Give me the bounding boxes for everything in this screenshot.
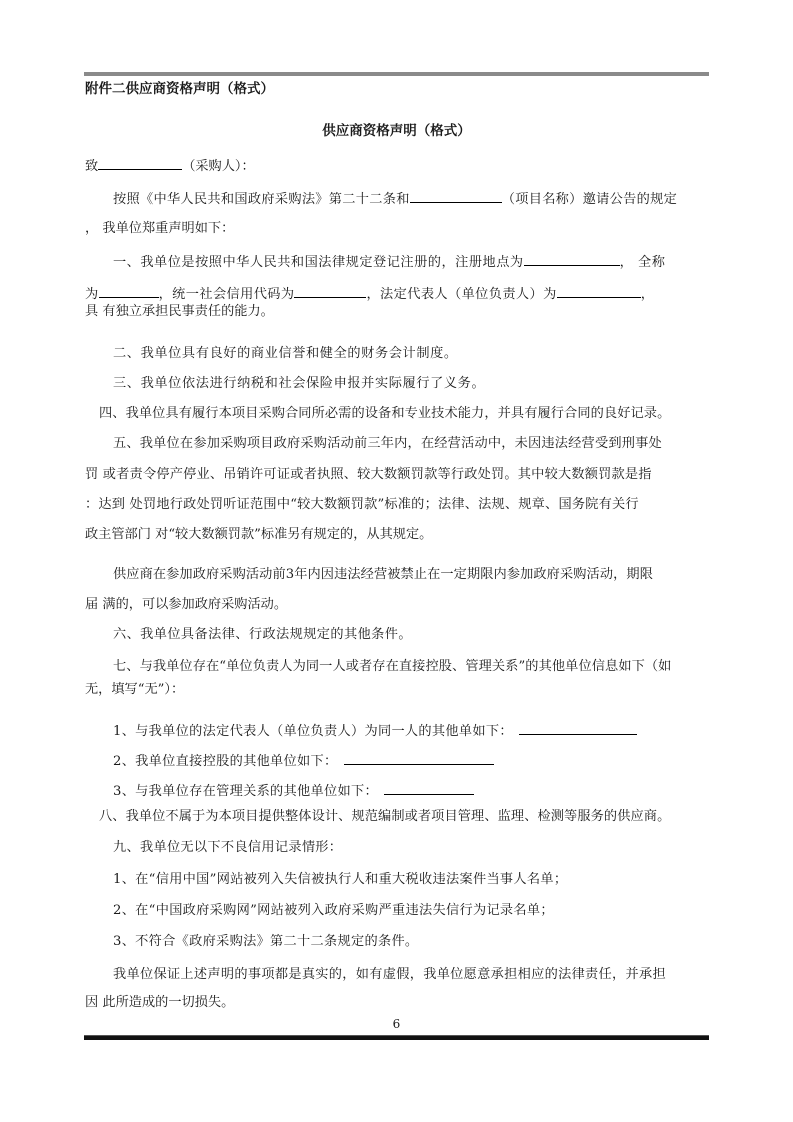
full-name-blank[interactable] (99, 283, 159, 298)
item9-sub1: 1、在“信用中国”网站被列入失信被执行人和重大税收违法案件当事人名单； (113, 871, 567, 889)
item1-line2: 为，统一社会信用代码为，法定代表人（单位负责人）为， (85, 283, 654, 304)
item1-line3: 具 有独立承担民事责任的能力。 (85, 303, 274, 321)
salutation: 致（采购人）： (85, 155, 255, 176)
supplier-note-line2: 届 满的，可以参加政府采购活动。 (85, 596, 287, 614)
item7-sub1: 1、与我单位的法定代表人（单位负责人）为同一人的其他单如下： (113, 720, 637, 741)
item7-line1: 七、与我单位存在“单位负责人为同一人或者存在直接控股、管理关系”的其他单位信息如… (113, 658, 671, 676)
item5-line4: 政主管部门 对“较大数额罚款”标准另有规定的，从其规定。 (85, 526, 432, 544)
item9-sub2: 2、在“中国政府采购网”网站被列入政府采购严重违法失信行为记录名单； (113, 902, 554, 920)
guarantee-line1: 我单位保证上述声明的事项都是真实的，如有虚假，我单位愿意承担相应的法律责任，并承… (113, 966, 666, 984)
item7-line2: 无，填写“无”）： (85, 681, 184, 699)
credit-code-blank[interactable] (294, 283, 366, 298)
legal-representative-blank[interactable] (557, 283, 641, 298)
item5-line3: ：达到 处罚地行政处罚听证范围中“较大数额罚款”标准的；法律、法规、规章、国务院… (85, 496, 639, 514)
salutation-prefix: 致 (85, 159, 98, 174)
project-name-blank[interactable] (410, 188, 502, 203)
item9-sub3: 3、不符合《政府采购法》第二十二条规定的条件。 (113, 933, 418, 951)
registration-place-blank[interactable] (524, 251, 620, 266)
purchaser-blank[interactable] (98, 155, 182, 170)
supplier-note-line1: 供应商在参加政府采购活动前3年内因违法经营被禁止在一定期限内参加政府采购活动，期… (113, 566, 653, 584)
page-number: 6 (0, 1017, 793, 1031)
attachment-title: 附件二供应商资格声明（格式） (85, 80, 274, 98)
item7-sub2: 2、我单位直接控股的其他单位如下： (113, 750, 494, 771)
document-title: 供应商资格声明（格式） (0, 122, 793, 140)
salutation-suffix: （采购人）： (182, 159, 255, 174)
item4: 四、我单位具有履行本项目采购合同所必需的设备和专业技术能力，并具有履行合同的良好… (99, 405, 670, 423)
item8: 八、我单位不属于为本项目提供整体设计、规范编制或者项目管理、监理、检测等服务的供… (99, 808, 670, 826)
managed-units-blank[interactable] (384, 780, 474, 795)
footer-rule (84, 1035, 709, 1040)
header-rule (84, 72, 709, 76)
item5-line1: 五、我单位在参加采购项目政府采购活动前三年内，在经营活动中，未因违法经营受到刑事… (113, 435, 662, 453)
item1-line1: 一、我单位是按照中华人民共和国法律规定登记注册的，注册地点为， 全称 (113, 251, 665, 272)
intro-line2: ， 我单位郑重声明如下： (85, 220, 234, 238)
item9-heading: 九、我单位无以下不良信用记录情形： (113, 839, 342, 857)
intro-line1: 按照《中华人民共和国政府采购法》第二十二条和（项目名称）邀请公告的规定 (113, 188, 677, 209)
item7-sub3: 3、与我单位存在管理关系的其他单位如下： (113, 780, 474, 801)
guarantee-line2: 因 此所造成的一切损失。 (85, 994, 234, 1012)
item3: 三、我单位依法进行纳税和社会保险申报并实际履行了义务。 (113, 375, 485, 393)
item6: 六、我单位具备法律、行政法规规定的其他条件。 (113, 626, 412, 644)
controlled-units-blank[interactable] (344, 750, 494, 765)
same-representative-units-blank[interactable] (519, 720, 637, 735)
item5-line2: 罚 或者责令停产停业、吊销许可证或者执照、较大数额罚款等行政处罚。其中较大数额罚… (85, 466, 652, 484)
item2: 二、我单位具有良好的商业信誉和健全的财务会计制度。 (113, 345, 458, 363)
